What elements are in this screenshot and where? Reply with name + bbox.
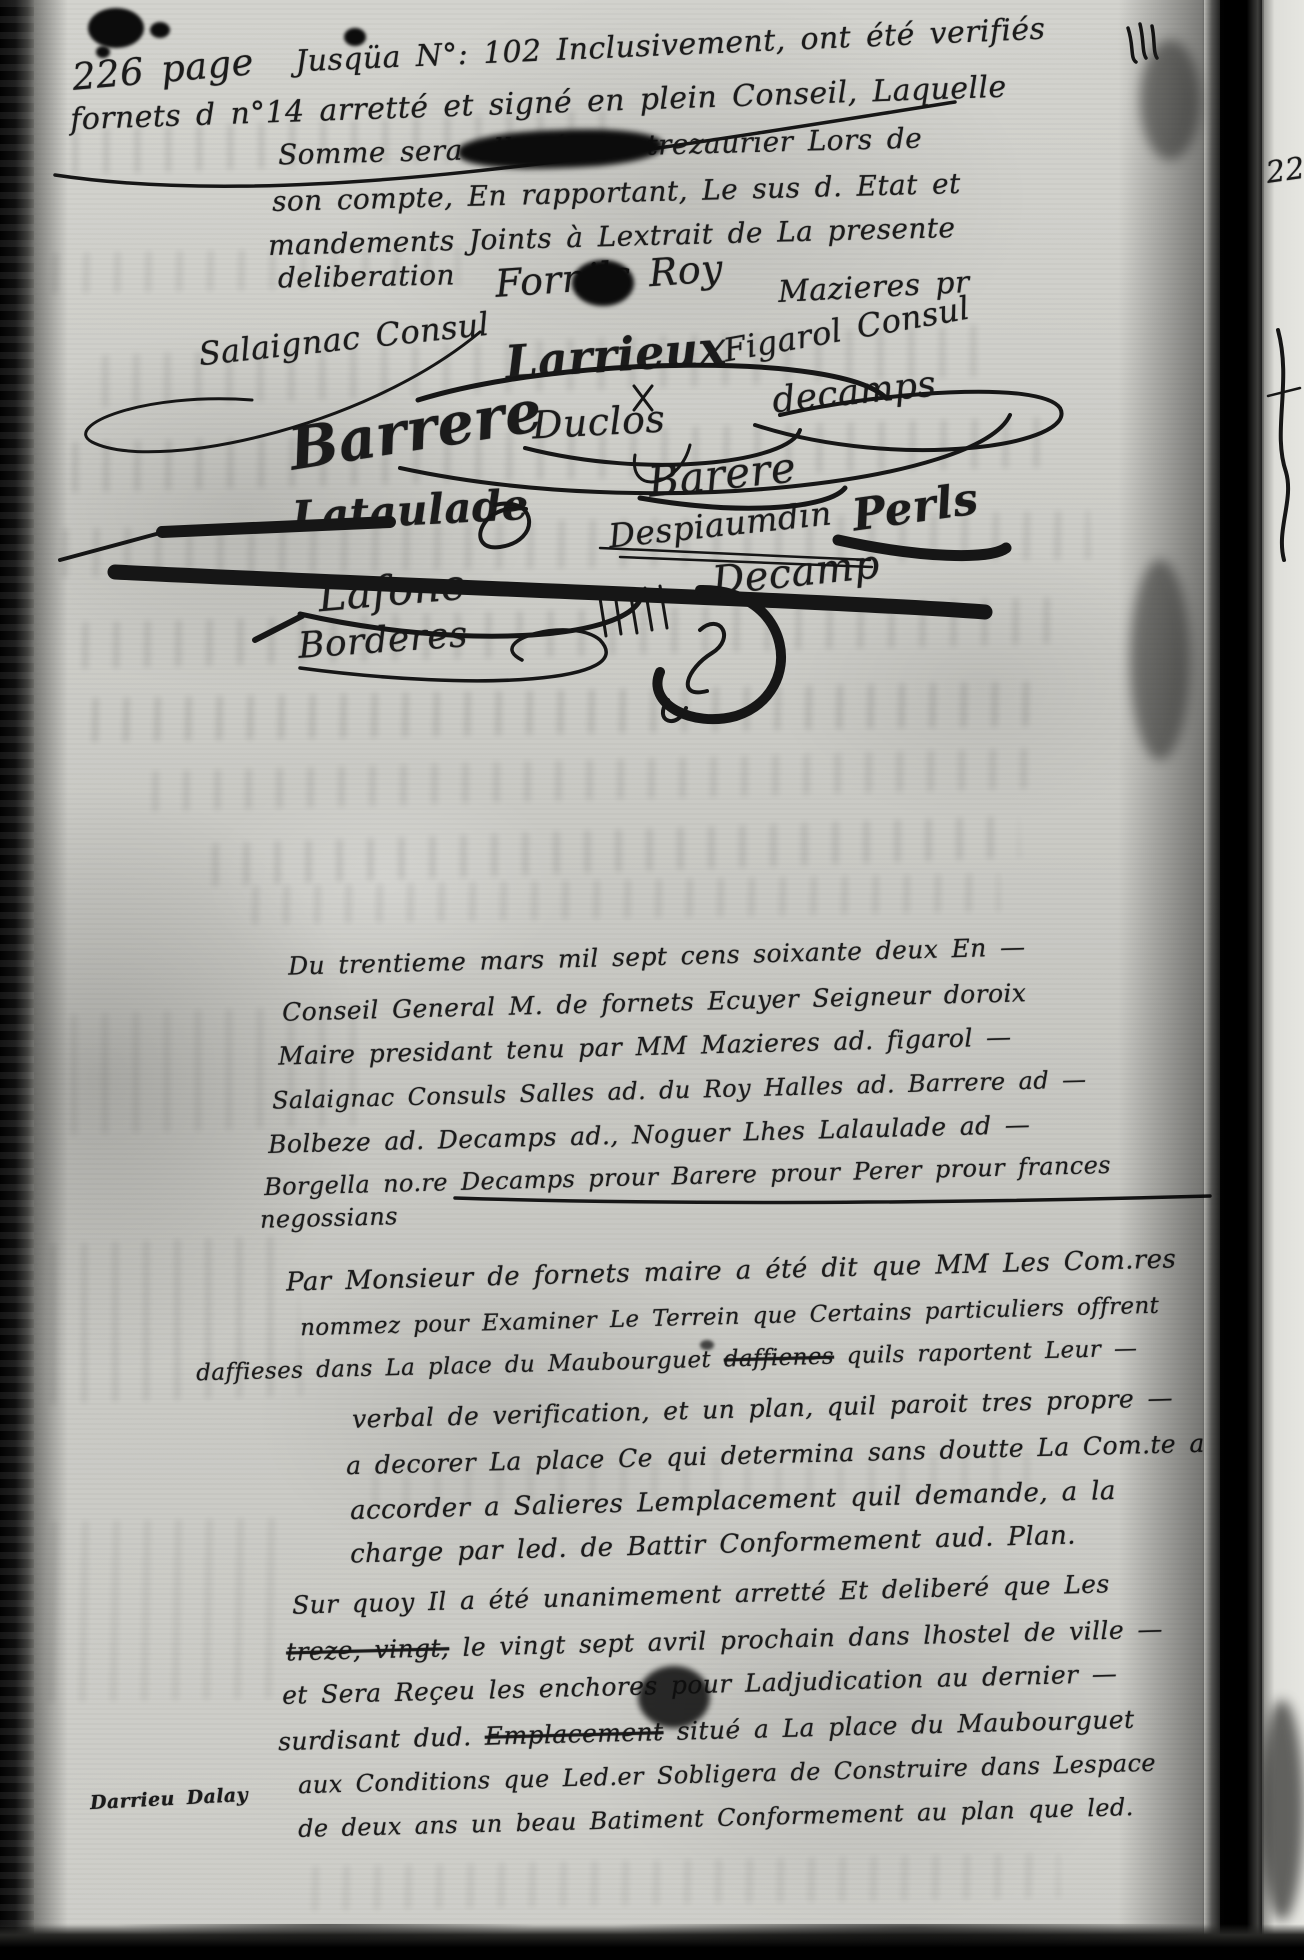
header-line: deliberation: [278, 258, 455, 294]
struck-word: daffienes: [723, 1344, 834, 1373]
signature-blot: [572, 260, 634, 306]
book-gutter: [1202, 0, 1264, 1960]
ink-blot: [638, 1666, 710, 1728]
page-bottom-edge: [0, 1924, 1304, 1960]
ink-blot: [88, 8, 144, 48]
smudge: [1260, 1700, 1304, 1920]
ink-blot: [96, 46, 110, 58]
struck-word: Emplacement: [484, 1717, 663, 1751]
binding-shadow: [34, 0, 68, 1960]
ink-blot: [150, 22, 170, 38]
struck-word: treze, vingt,: [286, 1633, 450, 1666]
signature-duclos: Duclos: [531, 397, 666, 448]
next-page-number: 227: [1264, 148, 1304, 191]
ink-speck: [700, 1340, 714, 1350]
gutter-shadow: [1118, 0, 1204, 1960]
ink-blot: [344, 28, 366, 46]
next-page-edge: [1262, 0, 1304, 1960]
body-line: negossians: [260, 1202, 399, 1234]
text-line-part: surdisant dud.: [278, 1722, 485, 1756]
bleed-band: [38, 1518, 281, 1702]
manuscript-scan: 226 page Jusqüa N°: 102 Inclusivement, o…: [0, 0, 1304, 1960]
book-binding-edge: [0, 0, 34, 1960]
